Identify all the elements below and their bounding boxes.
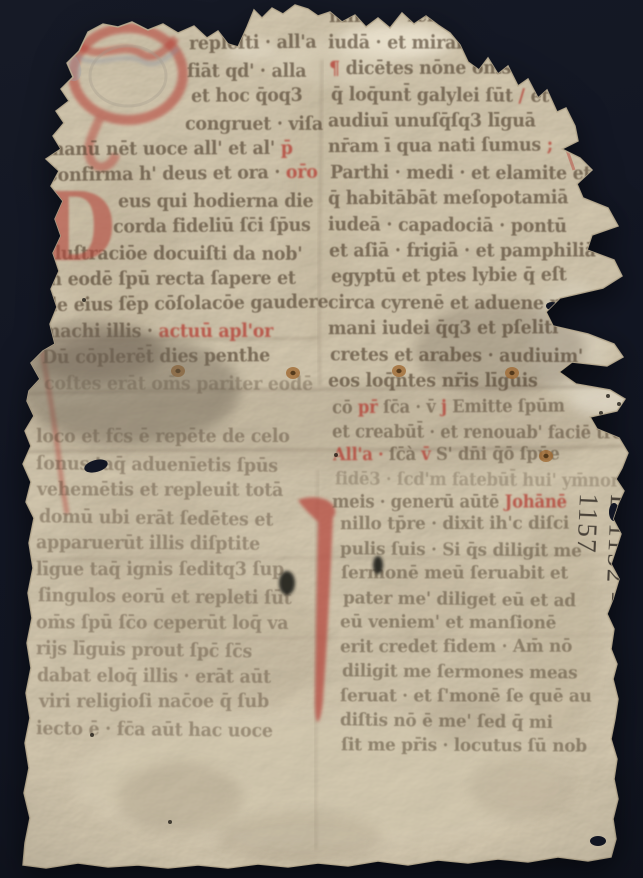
ink-text: ſingulos eorū et repleti ſūt xyxy=(38,585,292,609)
text-line: q̄ habitābāt meſopotamiā xyxy=(328,184,600,213)
text-line: loco et fc̄s ē repēte de celo xyxy=(36,423,312,451)
rubric-text: pr̄ xyxy=(358,397,378,417)
ink-text: om̄s ſpū ſc̄o ceperūt loq̄ va xyxy=(36,612,288,634)
ink-text: rijs līguis prout ſpc̄ ſc̄s xyxy=(36,638,252,662)
text-line: ſermonē meū ſeruabit et xyxy=(340,560,608,586)
ink-text: circa cyrenē et aduene ro xyxy=(328,292,570,314)
ink-text: nr̄am ī qua nati ſumus xyxy=(328,135,541,158)
ink-text: iecto ē · fc̄a aūt hac uoce xyxy=(36,718,273,742)
ink-text: ſit me pr̄is · locutus ſū nob xyxy=(341,734,587,756)
text-line: de eius ſēp cōſolacōe gaudere xyxy=(42,289,324,320)
ink-text: eū veniem' et manſionē xyxy=(340,611,556,633)
ink-text: ſc̄a · v̄ xyxy=(377,397,441,418)
text-line: līgue taq̄ ignis ſeditq3 ſup xyxy=(36,556,312,584)
ink-text: q̄ habitābāt meſopotamiā xyxy=(328,187,568,209)
rubric-text: p̄ xyxy=(281,138,293,159)
ink-text: cō xyxy=(332,397,358,417)
text-line: nillo tp̄re · dixit ih'c diſci xyxy=(340,511,608,538)
text-line: om̄s ſpū ſc̄o ceperūt loq̄ va xyxy=(36,609,312,638)
ink-text: dabat eloq̄ illis · erāt aūt xyxy=(37,665,271,688)
text-line: cō pr̄ ſc̄a · v̄ j Emitte ſpūm xyxy=(332,393,638,420)
ink-text: egyptū et ptes lybie q̄ eſt xyxy=(331,265,567,288)
text-line: apparuerūt illis diſptite xyxy=(36,529,312,559)
manuscript-text: repleſti · all'afiāt qd' · allaet hoc q̄… xyxy=(0,0,643,878)
rubric-text: ; xyxy=(541,135,553,156)
ink-text: līgue taq̄ ignis ſeditq3 ſup xyxy=(36,559,284,580)
ink-text: iudeā · capadociā · pontū xyxy=(328,214,567,237)
ink-text: Emitte ſpūm xyxy=(447,396,565,417)
ink-text: nillo tp̄re · dixit ih'c diſci xyxy=(340,513,569,535)
rubric-text: ¶ xyxy=(329,58,346,79)
text-line: coſtes erāt om̄s pariter eodē xyxy=(42,370,324,398)
ink-text: pulis ſuis · Si q̄s diligit me xyxy=(340,538,582,561)
ink-text: corda fideliū ſc̄i ſp̄us xyxy=(113,215,311,238)
text-line: nr̄am ī qua nati ſumus ; xyxy=(328,131,600,161)
ink-text: de eius ſēp cōſolacōe gaudere xyxy=(45,292,329,317)
ink-text: fiāt qd' · alla xyxy=(187,61,306,82)
ink-text: mani iudei q̄q3 et pſeliti · xyxy=(328,317,570,339)
text-line: All'a · ſc̄à v̄ S' dn̄i q̄ō ſpūe xyxy=(332,441,638,467)
rubric-text: j xyxy=(441,397,447,417)
text-line: eos loq̄ntes nr̄is līguis xyxy=(328,367,600,395)
text-line: viri religioſi nac̄oe q̄ ſub xyxy=(36,688,312,716)
ink-text: q̄ loq̄unt̄ galylei ſūt xyxy=(331,84,513,107)
ink-text: erit credet fidem · Am̄ nō xyxy=(340,635,572,657)
ink-text: Parthi · medi · et elamite et xyxy=(330,162,591,184)
ink-text: S' dn̄i q̄ō ſpūe xyxy=(436,444,560,465)
ink-text: coſtes erāt om̄s pariter eodē xyxy=(44,373,313,395)
rubric-text: actuū apl'or xyxy=(158,321,273,342)
rubric-text: Johānē xyxy=(505,491,567,511)
ink-text: vehemētis et repleuit totā xyxy=(37,479,283,501)
ink-text: audiuī unuſq̄ſq3 līguā xyxy=(328,110,536,131)
ink-text: diſtis nō ē me' ſed q̄ mi xyxy=(340,709,553,733)
ink-text: machi illis · xyxy=(42,321,159,342)
ink-text: ſc̄à xyxy=(383,444,421,464)
ink-text: et hoc q̄oq3 xyxy=(191,85,303,107)
ink-text: viri religioſi nac̄oe q̄ ſub xyxy=(39,691,269,712)
ink-text: congruet · viſa xyxy=(185,114,323,136)
rubric-text: All'a · xyxy=(333,444,384,464)
rubric-text: or̄o xyxy=(286,162,318,184)
text-line: iecto ē · fc̄a aūt hac uoce xyxy=(36,715,312,746)
text-line: Dū cōplerēt̄ dies penthe xyxy=(42,342,324,372)
ink-text: diligit me ſermones meas xyxy=(342,660,578,683)
text-column-bottom-left: loco et fc̄s ē repēte de celoſonus taq̄ … xyxy=(36,424,312,742)
ink-text: meis · generū aūtē xyxy=(332,491,505,511)
ink-text: domū ubi erāt ſedētes et xyxy=(39,506,273,531)
text-line: egyptū et ptes lybie q̄ eſt xyxy=(328,261,600,291)
text-line: vehemētis et repleuit totā xyxy=(36,476,312,505)
text-line: ſeruat · et ſ'monē ſe quē au xyxy=(340,683,608,709)
manuscript-photo-scene: repleſti · all'afiāt qd' · allaet hoc q̄… xyxy=(0,0,643,878)
ink-text: manū nēt uoce all' et al' xyxy=(46,138,281,160)
text-line: ſit me pr̄is · locutus ſū nob xyxy=(340,732,608,759)
ink-text: eos loq̄ntes nr̄is līguis xyxy=(328,370,538,391)
ink-text: loco et fc̄s ē repēte de celo xyxy=(36,426,290,447)
text-line: et hoc q̄oq3 xyxy=(42,82,324,112)
ink-text: pater me' diliget eū et ad xyxy=(343,587,576,611)
ink-text: Dū cōplerēt̄ dies penthe xyxy=(42,345,270,368)
ink-text: ſonus taq̄ aduenīetis ſpūs xyxy=(36,453,278,477)
rubric-text: / xyxy=(513,86,531,107)
ink-text: et aſiā · frigiā · et pamphiliā xyxy=(329,240,596,261)
ink-text: cretes et arabes · audiuim' xyxy=(330,344,583,367)
ink-text: et creabūt̄ · et renouab' faciē tr̄e xyxy=(332,421,622,442)
rubric-text: v̄ xyxy=(421,444,436,464)
ink-text: eus qui hodierna die xyxy=(118,191,313,212)
ink-text: ſermonē meū ſeruabit et xyxy=(341,562,568,584)
ink-text: ſeruat · et ſ'monē ſe quē au xyxy=(340,685,592,707)
ink-text: fidē3 · ſcd'm fatebūt̄ hui' ym̄norū xyxy=(335,468,631,490)
ink-text: apparuerūt illis diſptite xyxy=(36,532,260,555)
